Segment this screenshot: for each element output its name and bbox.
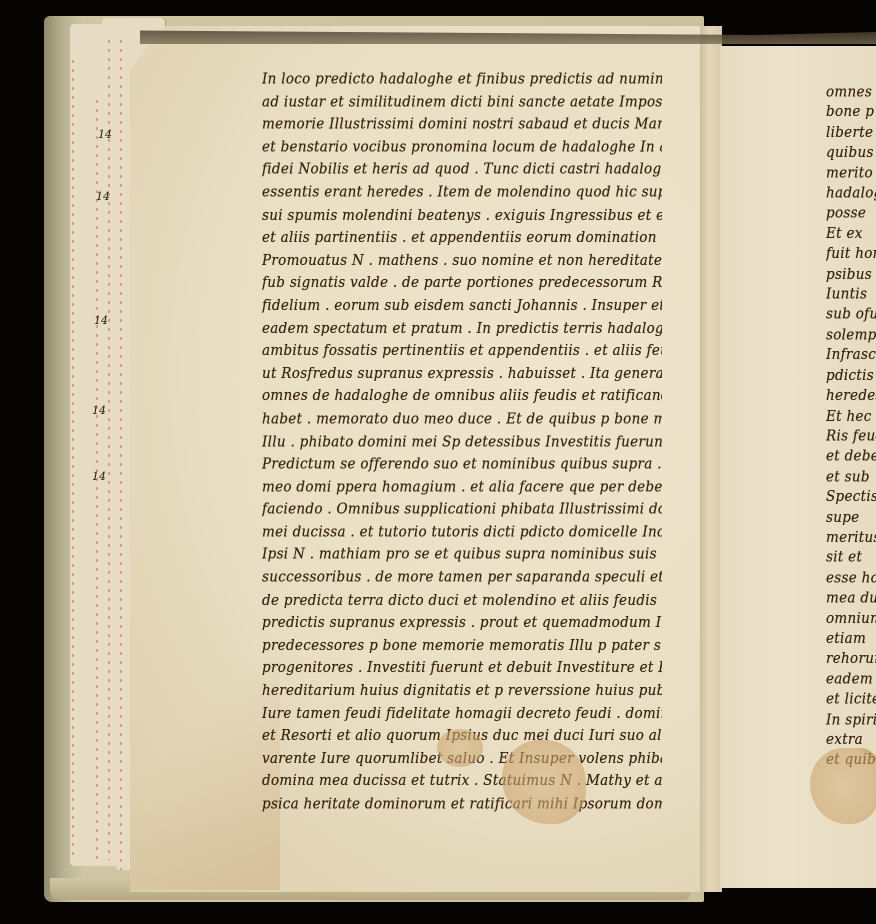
text-line: Promouatus N . mathens . suo nomine et n… (262, 249, 662, 272)
text-line: essentis erant heredes . Item de molendi… (262, 181, 662, 204)
text-line: faciendo . Omnibus supplicationi phibata… (262, 498, 662, 521)
text-line: rehorum (826, 649, 876, 669)
text-line: Iure tamen feudi fidelitate homagii decr… (262, 702, 662, 725)
text-line: Ipsi N . mathiam pro se et quibus supra … (262, 544, 662, 567)
text-line: pdictis (826, 365, 876, 385)
text-line: In loco predicto hadaloghe et finibus pr… (262, 68, 662, 91)
margin-numeral: 14 (98, 128, 112, 141)
text-line: Iuntis (826, 284, 876, 304)
text-line: Ris feud (826, 426, 876, 446)
red-edge-decoration (108, 40, 110, 860)
text-line: ambitus fossatis pertinentiis et appende… (262, 340, 662, 363)
text-line: mei ducissa . et tutorio tutoris dicti p… (262, 521, 662, 544)
text-line: omnes (826, 82, 876, 102)
text-line: merito (826, 163, 876, 183)
text-line: et aliis partinentiis . et appendentiis … (262, 227, 662, 250)
text-line: memorie Illustrissimi domini nostri saba… (262, 113, 662, 136)
margin-numeral: 14 (92, 404, 106, 417)
text-line: psica heritate dominorum et ratificari m… (262, 793, 662, 816)
text-line: meo domi ppera homagium . et alia facere… (262, 476, 662, 499)
text-line: fub signatis valde . de parte portiones … (262, 272, 662, 295)
text-line: domina mea ducissa et tutrix . Statuimus… (262, 770, 662, 793)
text-line: Illu . phibato domini mei Sp detessibus … (262, 430, 662, 453)
red-edge-decoration (72, 60, 74, 860)
text-line: ut Rosfredus supranus expressis . habuis… (262, 362, 662, 385)
text-line: bone p (826, 102, 876, 122)
text-line: sui spumis molendini beatenys . exiguis … (262, 204, 662, 227)
text-line: et sub (826, 467, 876, 487)
page-fold-shading (130, 620, 280, 890)
text-line: ad iustar et similitudinem dicti bini sa… (262, 91, 662, 114)
text-line: Spectis (826, 487, 876, 507)
text-line: progenitores . Investiti fuerunt et debu… (262, 657, 662, 680)
text-line: Infrasc (826, 345, 876, 365)
margin-numeral: 14 (96, 190, 110, 203)
text-line: et benstario vocibus pronomina locum de … (262, 136, 662, 159)
text-line: predictis supranus expressis . prout et … (262, 612, 662, 635)
text-line: solempn (826, 325, 876, 345)
text-line: fuit hon (826, 244, 876, 264)
water-stain (437, 729, 483, 767)
text-line: psibus (826, 264, 876, 284)
text-line: fidelium . eorum sub eisdem sancti Johan… (262, 295, 662, 318)
text-line: hereditarium huius dignitatis et p rever… (262, 680, 662, 703)
text-line: mea duc (826, 588, 876, 608)
text-line: In spiritu (826, 710, 876, 730)
text-line: eadem spectatum et pratum . In predictis… (262, 317, 662, 340)
text-line: Et hec (826, 406, 876, 426)
text-line: et licite (826, 689, 876, 709)
text-line: predecessores p bone memorie memoratis I… (262, 634, 662, 657)
text-line: Et ex (826, 224, 876, 244)
text-line: quibus (826, 143, 876, 163)
text-line: sub ofu (826, 305, 876, 325)
text-line: liberte (826, 122, 876, 142)
text-line: omnes de hadaloghe de omnibus aliis feud… (262, 385, 662, 408)
text-line: sit et (826, 548, 876, 568)
text-line: hadalog (826, 183, 876, 203)
book-gutter (700, 26, 722, 892)
margin-numeral: 14 (94, 314, 108, 327)
text-line: et debere (826, 446, 876, 466)
right-page-text: omnes bone p liberte quibus merito hadal… (826, 82, 876, 770)
margin-numeral: 14 (92, 470, 106, 483)
text-line: de predicta terra dicto duci et molendin… (262, 589, 662, 612)
text-line: supe (826, 507, 876, 527)
text-line: heredes (826, 386, 876, 406)
text-line: posse (826, 203, 876, 223)
text-line: successoribus . de more tamen per sapara… (262, 566, 662, 589)
text-line: Predictum se offerendo suo et nominibus … (262, 453, 662, 476)
left-page-text: In loco predicto hadaloghe et finibus pr… (262, 68, 662, 816)
text-line: habet . memorato duo meo duce . Et de qu… (262, 408, 662, 431)
text-line: esse hom (826, 568, 876, 588)
text-line: fidei Nobilis et heris ad quod . Tunc di… (262, 159, 662, 182)
text-line: omnium (826, 608, 876, 628)
text-line: meritus (826, 527, 876, 547)
red-edge-decoration (120, 40, 122, 870)
text-line: etiam (826, 629, 876, 649)
text-line: eadem (826, 669, 876, 689)
